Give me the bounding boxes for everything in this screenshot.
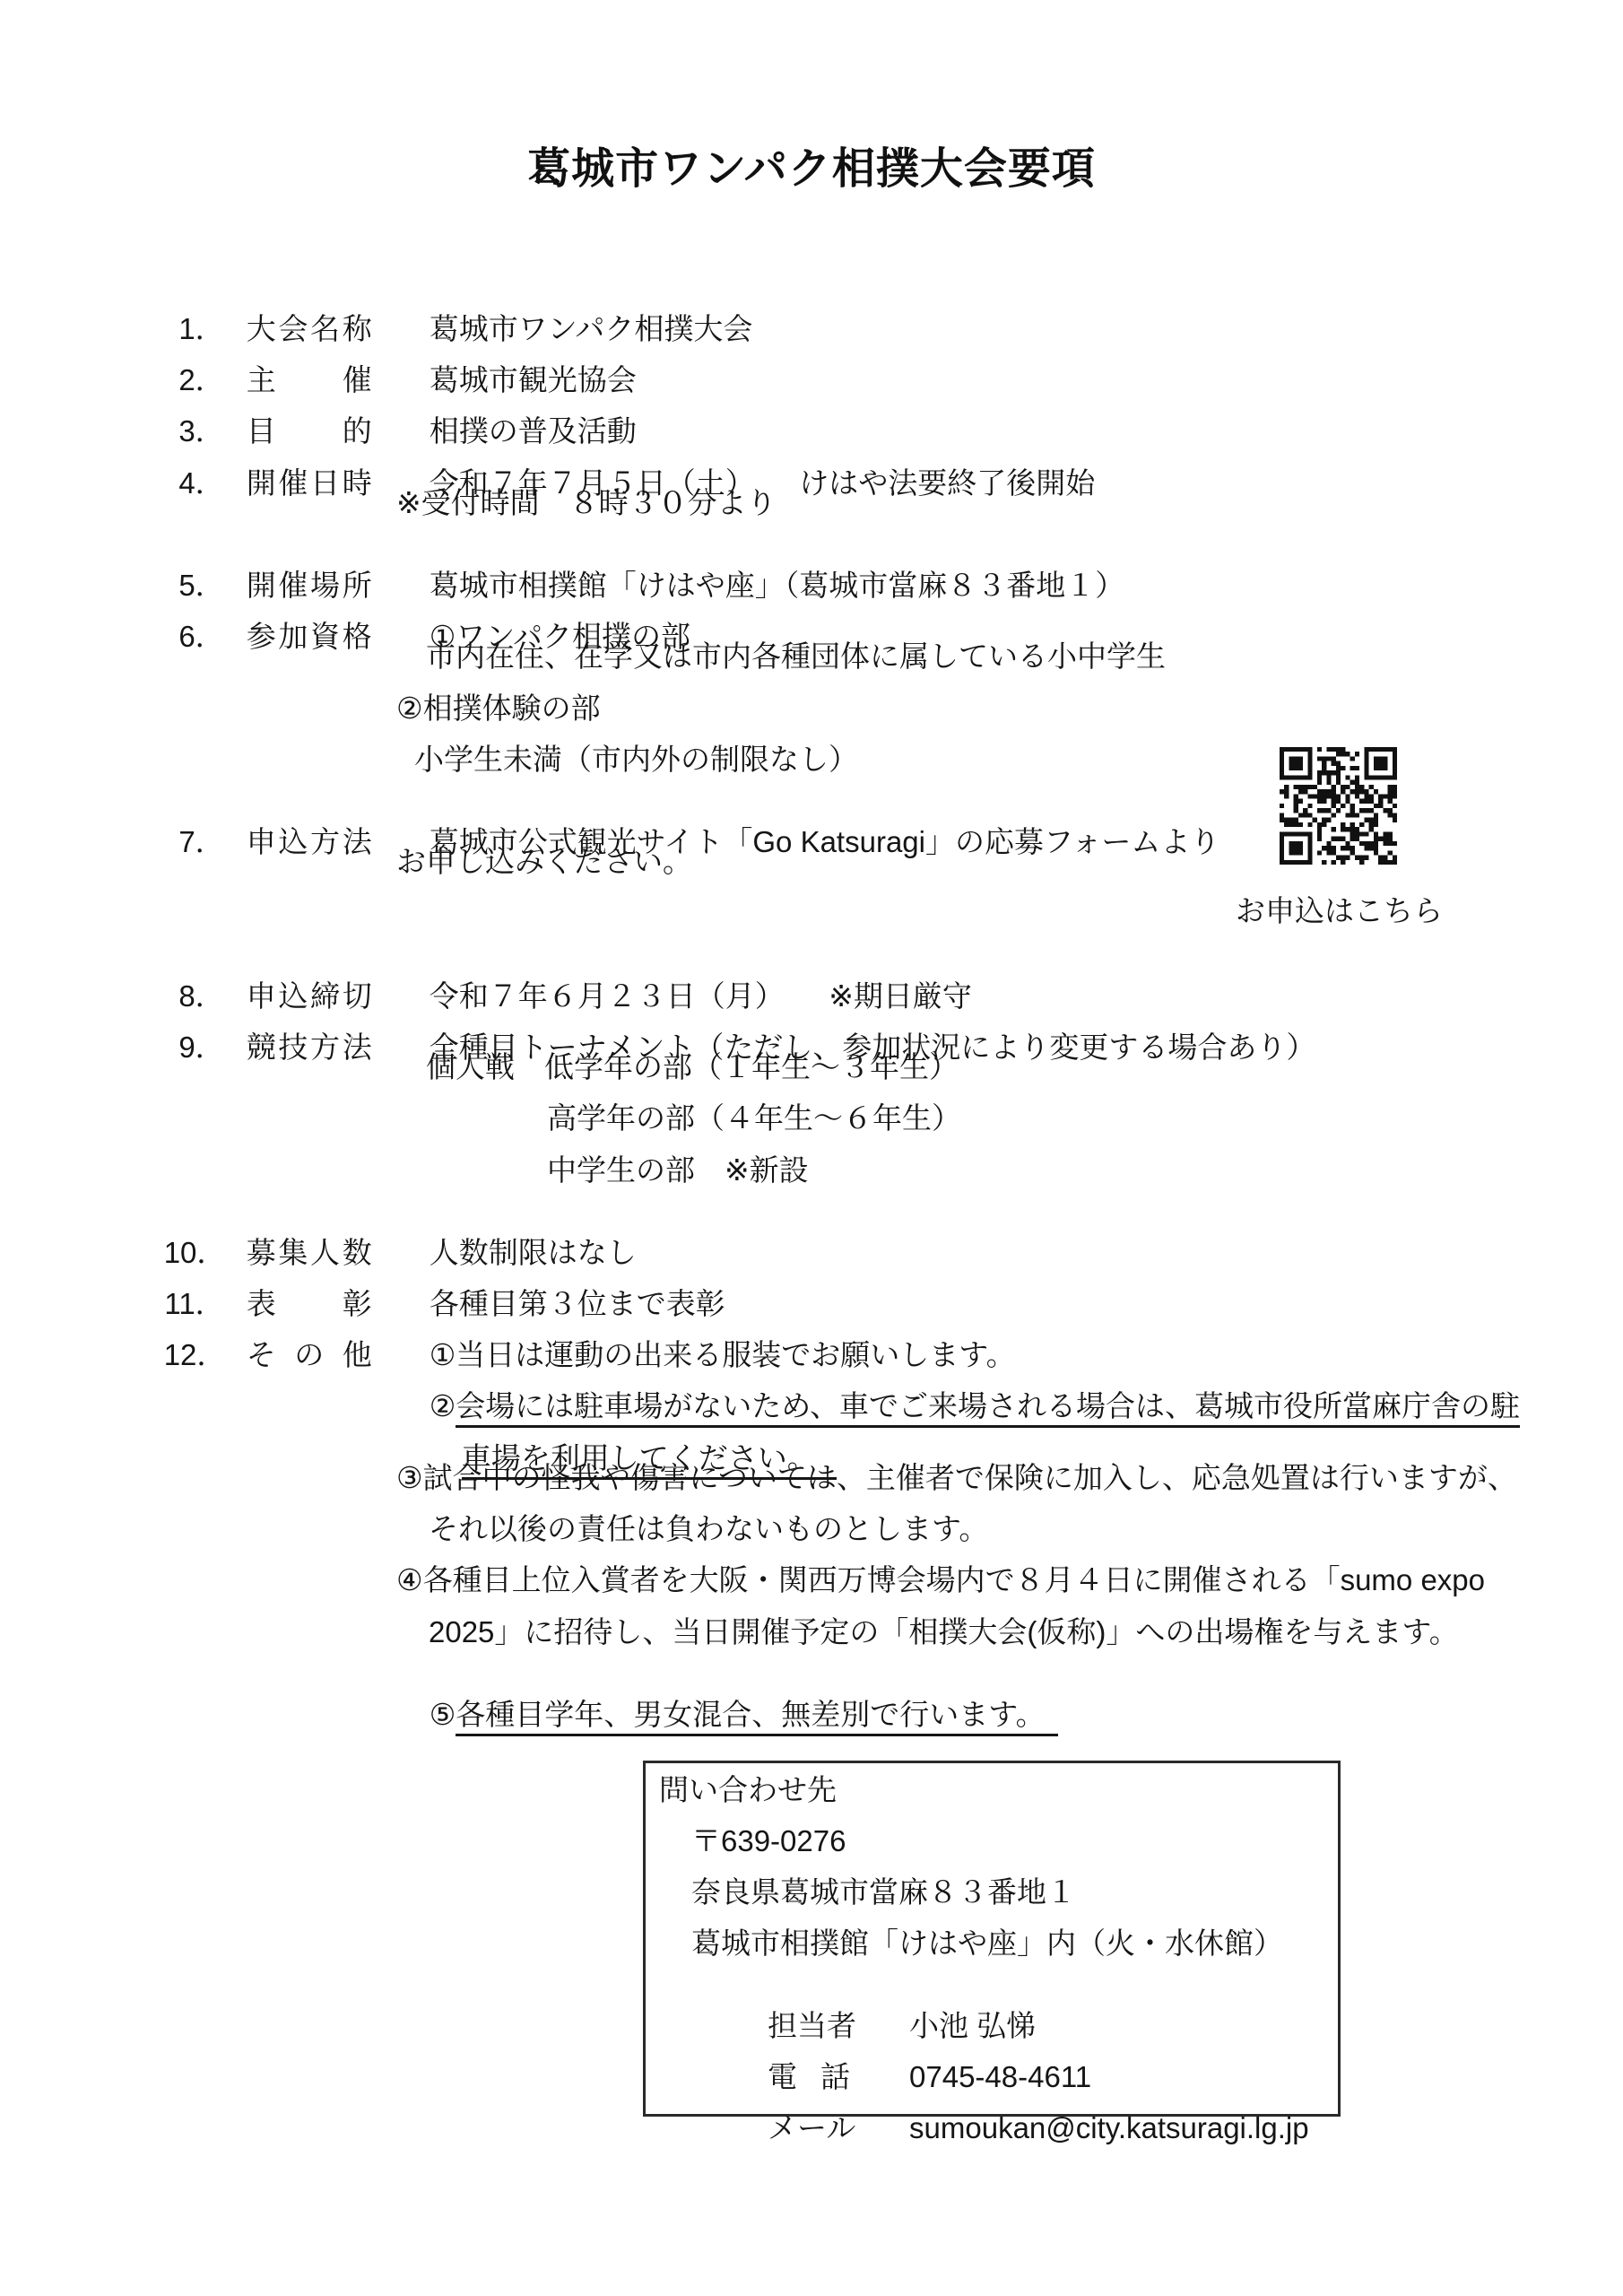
contact-address-line1: 奈良県葛城市當麻８３番地１ [691, 1877, 1076, 1909]
item-label: 開催日時 [247, 468, 372, 500]
contact-heading: 問い合わせ先 [659, 1775, 837, 1806]
item-content-line: ⑤各種目学年、男女混合、無差別で行います。 [396, 1668, 1058, 1762]
item-number: 6． [164, 622, 247, 653]
item-content-line: 2025」に招待し、当日開催予定の「相撲大会(仮称)」への出場権を与えます。 [429, 1617, 1459, 1648]
item-content-line: 高学年の部（４年生～６年生） [547, 1103, 961, 1135]
contact-email-label: メール [768, 2113, 850, 2144]
contact-postal-code: 〒639-0276 [691, 1826, 846, 1857]
item-content-line: ③試合中の怪我や傷害については、主催者で保険に加入し、応急処置は行いますが、 [396, 1463, 1517, 1494]
contact-address-line2: 葛城市相撲館「けはや座」内（火・水休館） [691, 1928, 1283, 1960]
item-content-line: ④各種目上位入賞者を大阪・関西万博会場内で８月４日に開催される「sumo exp… [396, 1565, 1485, 1596]
qr-code [1280, 747, 1397, 865]
page-title: 葛城市ワンパク相撲大会要項 [0, 147, 1623, 193]
contact-email-value: sumoukan@city.katsuragi.lg.jp [909, 2113, 1309, 2144]
item-number: 12． [164, 1340, 247, 1371]
item-content-line: お申し込みください。 [396, 847, 692, 878]
contact-box: 問い合わせ先 〒639-0276 奈良県葛城市當麻８３番地１ 葛城市相撲館「けは… [643, 1761, 1341, 2117]
item-label: 参加資格 [247, 622, 372, 653]
item-content-line: ※受付時間 ８時３０分より [396, 488, 777, 519]
item-label: 競技方法 [247, 1032, 372, 1064]
underlined-text: 各種目学年、男女混合、無差別で行います。 [456, 1698, 1057, 1736]
contact-email-row: メールsumoukan@city.katsuragi.lg.jp [718, 2082, 1309, 2176]
item-label: その他 [247, 1340, 372, 1371]
item-content-line: 市内在住、在学又は市内各種団体に属している小中学生 [426, 641, 1166, 673]
document-page: 葛城市ワンパク相撲大会要項 1．大会名称葛城市ワンパク相撲大会 2．主催葛城市観… [0, 0, 1623, 2296]
item-content-line: ②相撲体験の部 [396, 693, 601, 725]
item-number: 9． [164, 1032, 247, 1064]
item-content-line: 小学生未満（市内外の制限なし） [414, 744, 858, 776]
item-number: 7． [164, 827, 247, 858]
item-number: 4． [164, 468, 247, 500]
circled-number: ⑤ [430, 1698, 456, 1731]
item-content-line: それ以後の責任は負わないものとします。 [429, 1514, 988, 1545]
item-content-line: 中学生の部 ※新設 [547, 1155, 809, 1187]
item-label: 申込方法 [247, 827, 372, 858]
qr-caption: お申込はこちら [1236, 896, 1443, 927]
item-content-line: 個人戦 低学年の部（１年生～３年生） [426, 1052, 959, 1083]
